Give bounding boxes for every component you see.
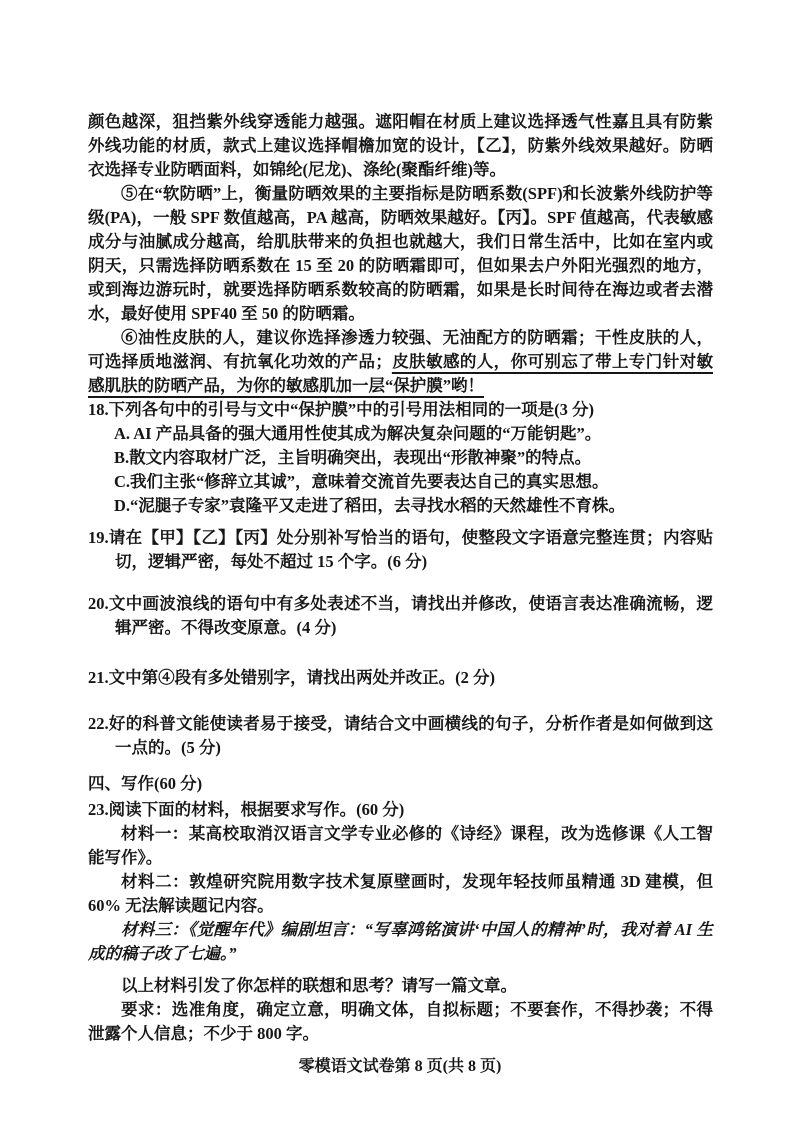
question-18-number: 18.	[88, 400, 109, 419]
question-22-text: 好的科普文能使读者易于接受，请结合文中画横线的句子，分析作者是如何做到这一点的。…	[109, 714, 713, 757]
question-21-text: 文中第④段有多处错别字，请找出两处并改正。(2 分)	[109, 668, 495, 687]
passage-paragraph-6: ⑥油性皮肤的人，建议你选择渗透力较强、无油配方的防晒霜；干性皮肤的人，可选择质地…	[88, 326, 713, 398]
question-19: 19.请在【甲】【乙】【丙】处分别补写恰当的语句，使整段文字语意完整连贯；内容贴…	[88, 526, 713, 574]
question-20: 20.文中画波浪线的语句中有多处表述不当，请找出并修改，使语言表达准确流畅，逻辑…	[88, 592, 713, 640]
essay-material-1: 材料一：某高校取消汉语言文学专业必修的《诗经》课程，改为选修课《人工智能写作》。	[88, 822, 713, 870]
question-22-number: 22.	[88, 714, 109, 733]
section-heading-writing: 四、写作(60 分)	[88, 772, 713, 796]
question-19-number: 19.	[88, 528, 109, 547]
passage-paragraph-4-continuation: 颜色越深，狙挡紫外线穿透能力越强。遮阳帽在材质上建议选择透气性嘉且具有防紫外线功…	[88, 110, 713, 182]
question-22: 22.好的科普文能使读者易于接受，请结合文中画横线的句子，分析作者是如何做到这一…	[88, 712, 713, 760]
essay-material-3: 材料三：《觉醒年代》编剧坦言：“写辜鸿铭演讲‘中国人的精神’时，我对着 AI 生…	[88, 918, 713, 966]
question-23-number: 23.	[88, 800, 109, 819]
question-21-number: 21.	[88, 668, 109, 687]
passage-paragraph-5: ⑤在“软防晒”上，衡量防晒效果的主要指标是防晒系数(SPF)和长波紫外线防护等级…	[88, 182, 713, 326]
question-20-number: 20.	[88, 594, 109, 613]
question-19-text: 请在【甲】【乙】【丙】处分别补写恰当的语句，使整段文字语意完整连贯；内容贴切，逻…	[109, 528, 713, 571]
question-23-text: 阅读下面的材料，根据要求写作。(60 分)	[109, 800, 405, 819]
question-18-option-c: C.我们主张“修辞立其诚”，意味着交流首先要表达自己的真实思想。	[114, 470, 713, 494]
question-18-option-a: A. AI 产品具备的强大通用性使其成为解决复杂问题的“万能钥匙”。	[114, 422, 713, 446]
essay-prompt: 以上材料引发了你怎样的联想和思考？请写一篇文章。	[88, 974, 713, 998]
question-18-option-b: B.散文内容取材广泛，主旨明确突出，表现出“形散神聚”的特点。	[114, 446, 713, 470]
essay-requirements: 要求：选准角度，确定立意，明确文体，自拟标题；不要套作，不得抄袭；不得泄露个人信…	[88, 998, 713, 1046]
exam-content: 颜色越深，狙挡紫外线穿透能力越强。遮阳帽在材质上建议选择透气性嘉且具有防紫外线功…	[88, 110, 713, 1046]
question-20-text: 文中画波浪线的语句中有多处表述不当，请找出并修改，使语言表达准确流畅，逻辑严密。…	[109, 594, 713, 637]
essay-material-2: 材料二：敦煌研究院用数字技术复原壁画时，发现年轻技师虽精通 3D 建模，但 60…	[88, 870, 713, 918]
question-18-text: 下列各句中的引号与文中“保护膜”中的引号用法相同的一项是(3 分)	[109, 400, 594, 419]
exam-page: 颜色越深，狙挡紫外线穿透能力越强。遮阳帽在材质上建议选择透气性嘉且具有防紫外线功…	[0, 0, 800, 1131]
question-21: 21.文中第④段有多处错别字，请找出两处并改正。(2 分)	[88, 666, 713, 690]
question-23: 23.阅读下面的材料，根据要求写作。(60 分)	[88, 798, 713, 822]
question-18-option-d: D.“泥腿子专家”袁隆平又走进了稻田，去寻找水稻的天然雄性不育株。	[114, 494, 713, 518]
question-18: 18.下列各句中的引号与文中“保护膜”中的引号用法相同的一项是(3 分)	[88, 398, 713, 422]
page-footer: 零模语文试卷第 8 页(共 8 页)	[0, 1053, 800, 1076]
